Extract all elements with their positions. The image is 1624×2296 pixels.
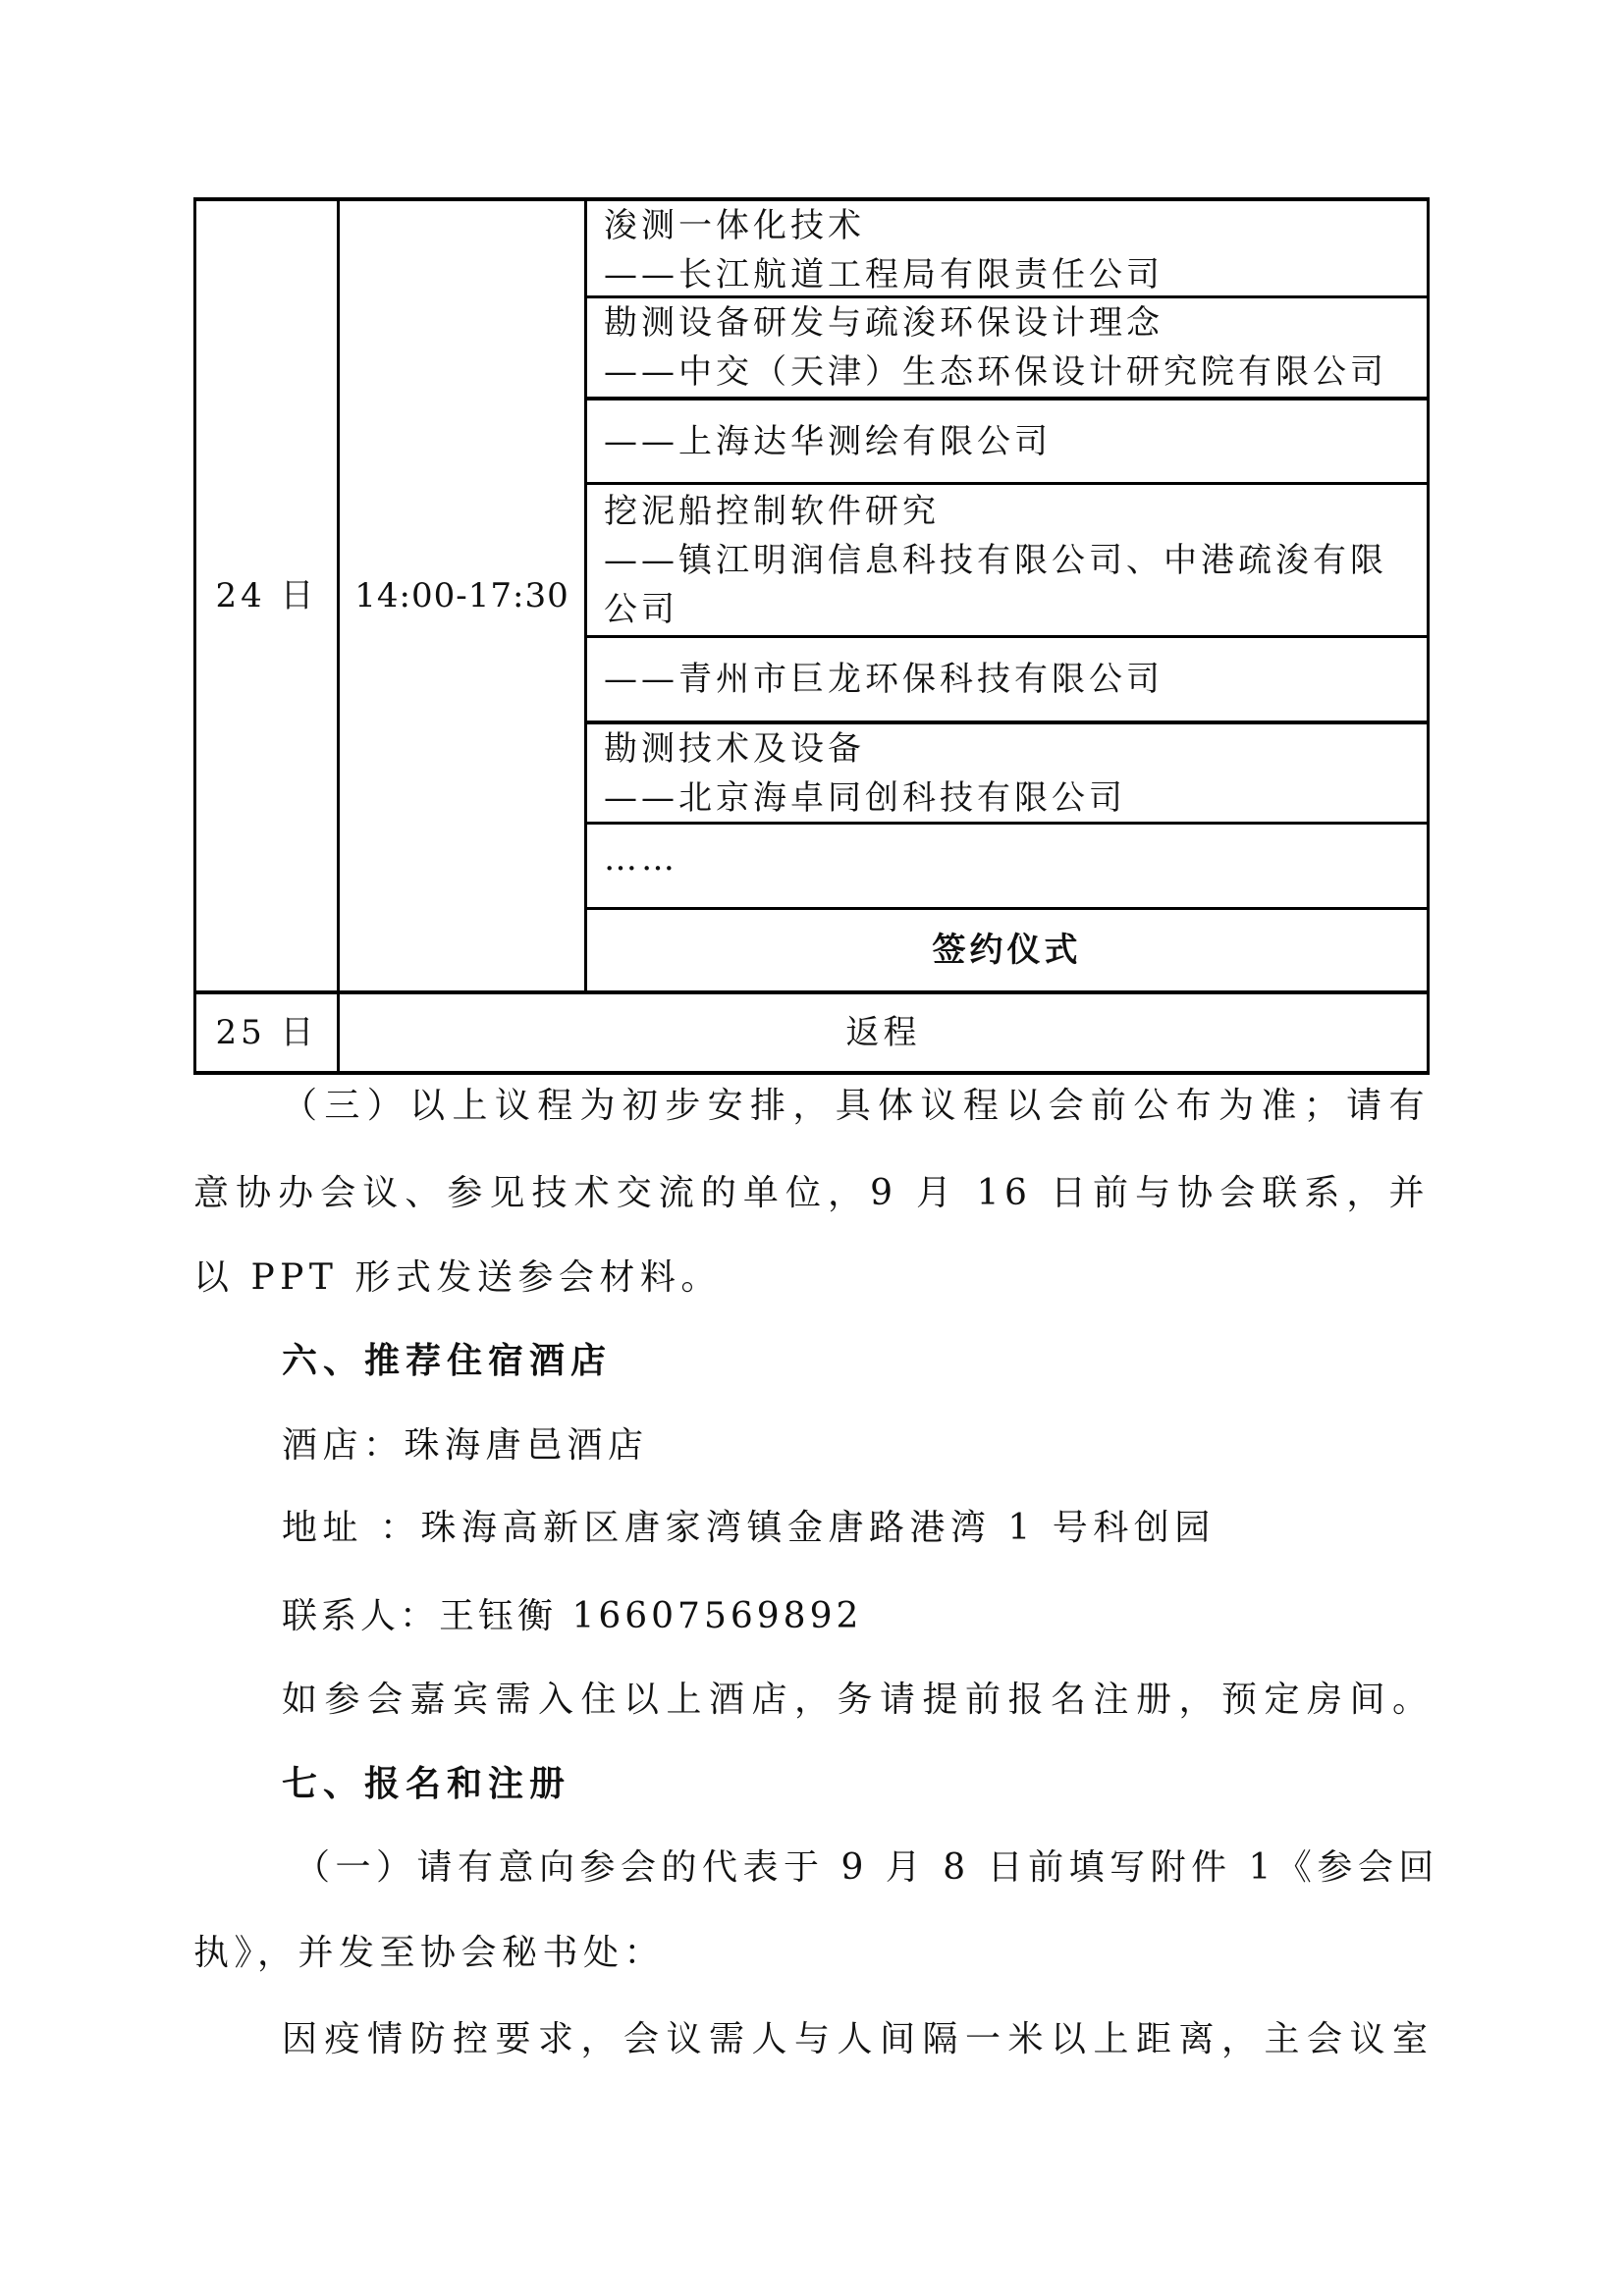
note-3-line-2: 意协办会议、参见技术交流的单位，9 月 16 日前与协会联系，并 bbox=[193, 1164, 1430, 1223]
date-cell-24: 24 日 bbox=[196, 201, 337, 990]
session-cell-ellipsis: …… bbox=[587, 825, 1427, 907]
session-topic: 挖泥船控制软件研究 bbox=[604, 487, 1427, 536]
date-cell-25: 25 日 bbox=[196, 994, 337, 1071]
section-6-heading: 六、推荐住宿酒店 bbox=[282, 1332, 1430, 1391]
agenda-table: 24 日 14:00-17:30 浚测一体化技术 ——长江航道工程局有限责任公司… bbox=[193, 197, 1430, 1075]
session-org-cont: 公司 bbox=[604, 585, 1427, 634]
hotel-address: 地址 ：珠海高新区唐家湾镇金唐路港湾 1 号科创园 bbox=[282, 1499, 1430, 1558]
session-org: ——镇江明润信息科技有限公司、中港疏浚有限 bbox=[604, 536, 1427, 585]
session-topic: 浚测一体化技术 bbox=[604, 201, 1427, 250]
time-cell-24: 14:00-17:30 bbox=[340, 201, 584, 990]
return-trip-cell: 返程 bbox=[340, 994, 1427, 1071]
session-cell: 勘测技术及设备 ——北京海卓同创科技有限公司 bbox=[587, 724, 1427, 822]
return-trip-label: 返程 bbox=[846, 1008, 921, 1057]
session-org: ——长江航道工程局有限责任公司 bbox=[604, 250, 1427, 299]
registration-item-1-line-1: （一）请有意向参会的代表于 9 月 8 日前填写附件 1《参会回 bbox=[295, 1839, 1430, 1897]
document-page: 24 日 14:00-17:30 浚测一体化技术 ——长江航道工程局有限责任公司… bbox=[0, 0, 1624, 2296]
session-org: ——上海达华测绘有限公司 bbox=[604, 417, 1427, 466]
ellipsis-text: …… bbox=[604, 834, 1427, 883]
session-org: ——青州市巨龙环保科技有限公司 bbox=[604, 655, 1427, 704]
section-7-heading: 七、报名和注册 bbox=[282, 1755, 1430, 1814]
session-cell: 浚测一体化技术 ——长江航道工程局有限责任公司 bbox=[587, 201, 1427, 295]
covid-notice-line: 因疫情防控要求，会议需人与人间隔一米以上距离，主会议室 bbox=[282, 2010, 1430, 2069]
hotel-contact: 联系人：王钰衡 16607569892 bbox=[282, 1587, 1430, 1646]
session-topic: 勘测技术及设备 bbox=[604, 724, 1427, 774]
signing-ceremony-cell: 签约仪式 bbox=[587, 910, 1427, 990]
date-label: 24 日 bbox=[215, 571, 317, 620]
hotel-name: 酒店：珠海唐邑酒店 bbox=[282, 1416, 1430, 1475]
table-border-bottom bbox=[193, 1071, 1430, 1075]
time-range: 14:00-17:30 bbox=[354, 571, 568, 620]
session-cell: 勘测设备研发与疏浚环保设计理念 ——中交（天津）生态环保设计研究院有限公司 bbox=[587, 298, 1427, 397]
session-cell: ——青州市巨龙环保科技有限公司 bbox=[587, 638, 1427, 721]
hotel-booking-notice: 如参会嘉宾需入住以上酒店，务请提前报名注册，预定房间。 bbox=[282, 1671, 1430, 1730]
session-cell: 挖泥船控制软件研究 ——镇江明润信息科技有限公司、中港疏浚有限 公司 bbox=[587, 485, 1427, 635]
signing-ceremony-label: 签约仪式 bbox=[933, 926, 1082, 975]
date-label: 25 日 bbox=[215, 1008, 317, 1057]
session-cell: ——上海达华测绘有限公司 bbox=[587, 400, 1427, 482]
session-org: ——北京海卓同创科技有限公司 bbox=[604, 774, 1427, 823]
note-3-line-1: （三）以上议程为初步安排，具体议程以会前公布为准；请有 bbox=[282, 1077, 1430, 1136]
registration-item-1-line-2: 执》，并发至协会秘书处： bbox=[193, 1924, 1430, 1983]
session-org: ——中交（天津）生态环保设计研究院有限公司 bbox=[604, 347, 1427, 397]
session-topic: 勘测设备研发与疏浚环保设计理念 bbox=[604, 298, 1427, 347]
note-3-line-3: 以 PPT 形式发送参会材料。 bbox=[193, 1249, 1430, 1308]
